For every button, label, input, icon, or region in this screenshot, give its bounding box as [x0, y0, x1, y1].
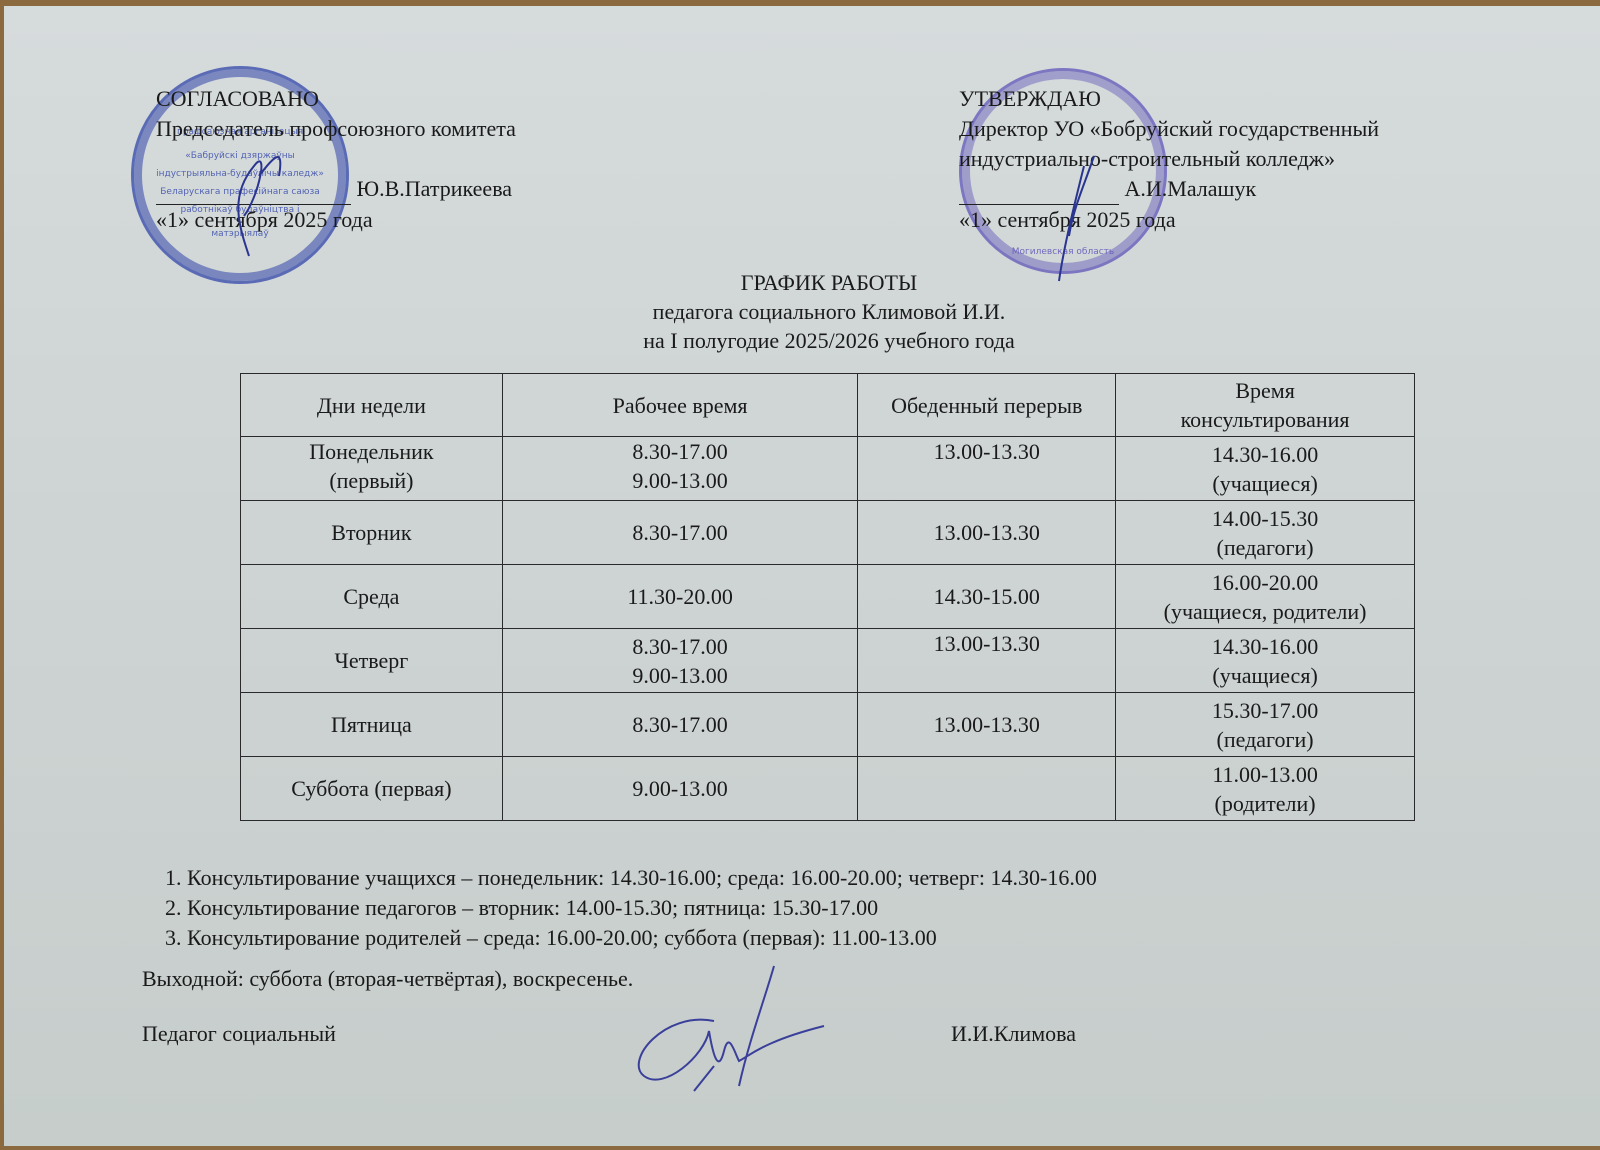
work-time-cell: 9.00-13.00 [502, 757, 858, 821]
day-cell: Суббота (первая) [241, 757, 503, 821]
day-off-text: Выходной: суббота (вторая-четвёртая), во… [142, 966, 633, 992]
column-header: Обеденный перерыв [858, 374, 1116, 437]
consultation-notes: Консультирование учащихся – понедельник:… [142, 863, 1097, 953]
signer-role: Педагог социальный [142, 1021, 336, 1047]
approval-block-right: УТВЕРЖДАЮ Директор УО «Бобруйский госуда… [959, 84, 1379, 235]
note-item: Консультирование педагогов – вторник: 14… [187, 893, 1097, 923]
table-row: Среда 11.30-20.00 14.30-15.00 16.00-20.0… [241, 565, 1415, 629]
approval-heading: УТВЕРЖДАЮ [959, 84, 1379, 114]
table-row: Четверг 8.30-17.009.00-13.00 13.00-13.30… [241, 629, 1415, 693]
approver-position: Директор УО «Бобруйский государственный [959, 114, 1379, 144]
table-row: Вторник 8.30-17.00 13.00-13.30 14.00-15.… [241, 501, 1415, 565]
subtitle-line: на I полугодие 2025/2026 учебного года [4, 326, 1600, 355]
day-cell: Среда [241, 565, 503, 629]
day-cell: Понедельник(первый) [241, 437, 503, 501]
consult-cell: 14.30-16.00(учащиеся) [1116, 437, 1415, 501]
day-cell: Пятница [241, 693, 503, 757]
note-item: Консультирование родителей – среда: 16.0… [187, 923, 1097, 953]
work-time-cell: 11.30-20.00 [502, 565, 858, 629]
lunch-cell: 13.00-13.30 [858, 501, 1116, 565]
lunch-cell: 13.00-13.30 [858, 437, 1116, 501]
column-header: Дни недели [241, 374, 503, 437]
handwritten-signature-icon [624, 961, 834, 1101]
work-time-cell: 8.30-17.009.00-13.00 [502, 437, 858, 501]
approval-date: «1» сентября 2025 года [959, 205, 1379, 235]
work-time-cell: 8.30-17.00 [502, 693, 858, 757]
lunch-cell: 13.00-13.30 [858, 629, 1116, 693]
note-item: Консультирование учащихся – понедельник:… [187, 863, 1097, 893]
approver-organization: индустриально-строительный колледж» [959, 144, 1379, 174]
table-header-row: Дни недели Рабочее время Обеденный перер… [241, 374, 1415, 437]
document-page: прафсаюзная арганізацыя «Бабруйскі дзярж… [4, 6, 1600, 1146]
consult-cell: 14.30-16.00(учащиеся) [1116, 629, 1415, 693]
consult-cell: 15.30-17.00(педагоги) [1116, 693, 1415, 757]
document-title: ГРАФИК РАБОТЫ педагога социального Климо… [4, 268, 1600, 355]
day-cell: Четверг [241, 629, 503, 693]
signature-line [156, 174, 351, 205]
approval-date: «1» сентября 2025 года [156, 205, 516, 235]
approver-name: А.И.Малашук [1125, 176, 1257, 201]
table-row: Понедельник(первый) 8.30-17.009.00-13.00… [241, 437, 1415, 501]
day-cell: Вторник [241, 501, 503, 565]
consult-cell: 11.00-13.00(родители) [1116, 757, 1415, 821]
column-header: Времяконсультирования [1116, 374, 1415, 437]
consult-cell: 14.00-15.30(педагоги) [1116, 501, 1415, 565]
lunch-cell [858, 757, 1116, 821]
table-row: Пятница 8.30-17.00 13.00-13.30 15.30-17.… [241, 693, 1415, 757]
stamp-text: Могилевская область [962, 247, 1164, 257]
signer-name: И.И.Климова [951, 1021, 1076, 1047]
lunch-cell: 13.00-13.30 [858, 693, 1116, 757]
work-time-cell: 8.30-17.009.00-13.00 [502, 629, 858, 693]
approver-position: Председатель профсоюзного комитета [156, 114, 516, 144]
title-line: ГРАФИК РАБОТЫ [4, 268, 1600, 297]
column-header: Рабочее время [502, 374, 858, 437]
table-row: Суббота (первая) 9.00-13.00 11.00-13.00(… [241, 757, 1415, 821]
subtitle-line: педагога социального Климовой И.И. [4, 297, 1600, 326]
lunch-cell: 14.30-15.00 [858, 565, 1116, 629]
approval-heading: СОГЛАСОВАНО [156, 84, 516, 114]
approver-name: Ю.В.Патрикеева [357, 176, 513, 201]
schedule-table: Дни недели Рабочее время Обеденный перер… [240, 373, 1415, 821]
consult-cell: 16.00-20.00(учащиеся, родители) [1116, 565, 1415, 629]
work-time-cell: 8.30-17.00 [502, 501, 858, 565]
approval-block-left: СОГЛАСОВАНО Председатель профсоюзного ко… [156, 84, 516, 235]
signature-line [959, 174, 1119, 205]
